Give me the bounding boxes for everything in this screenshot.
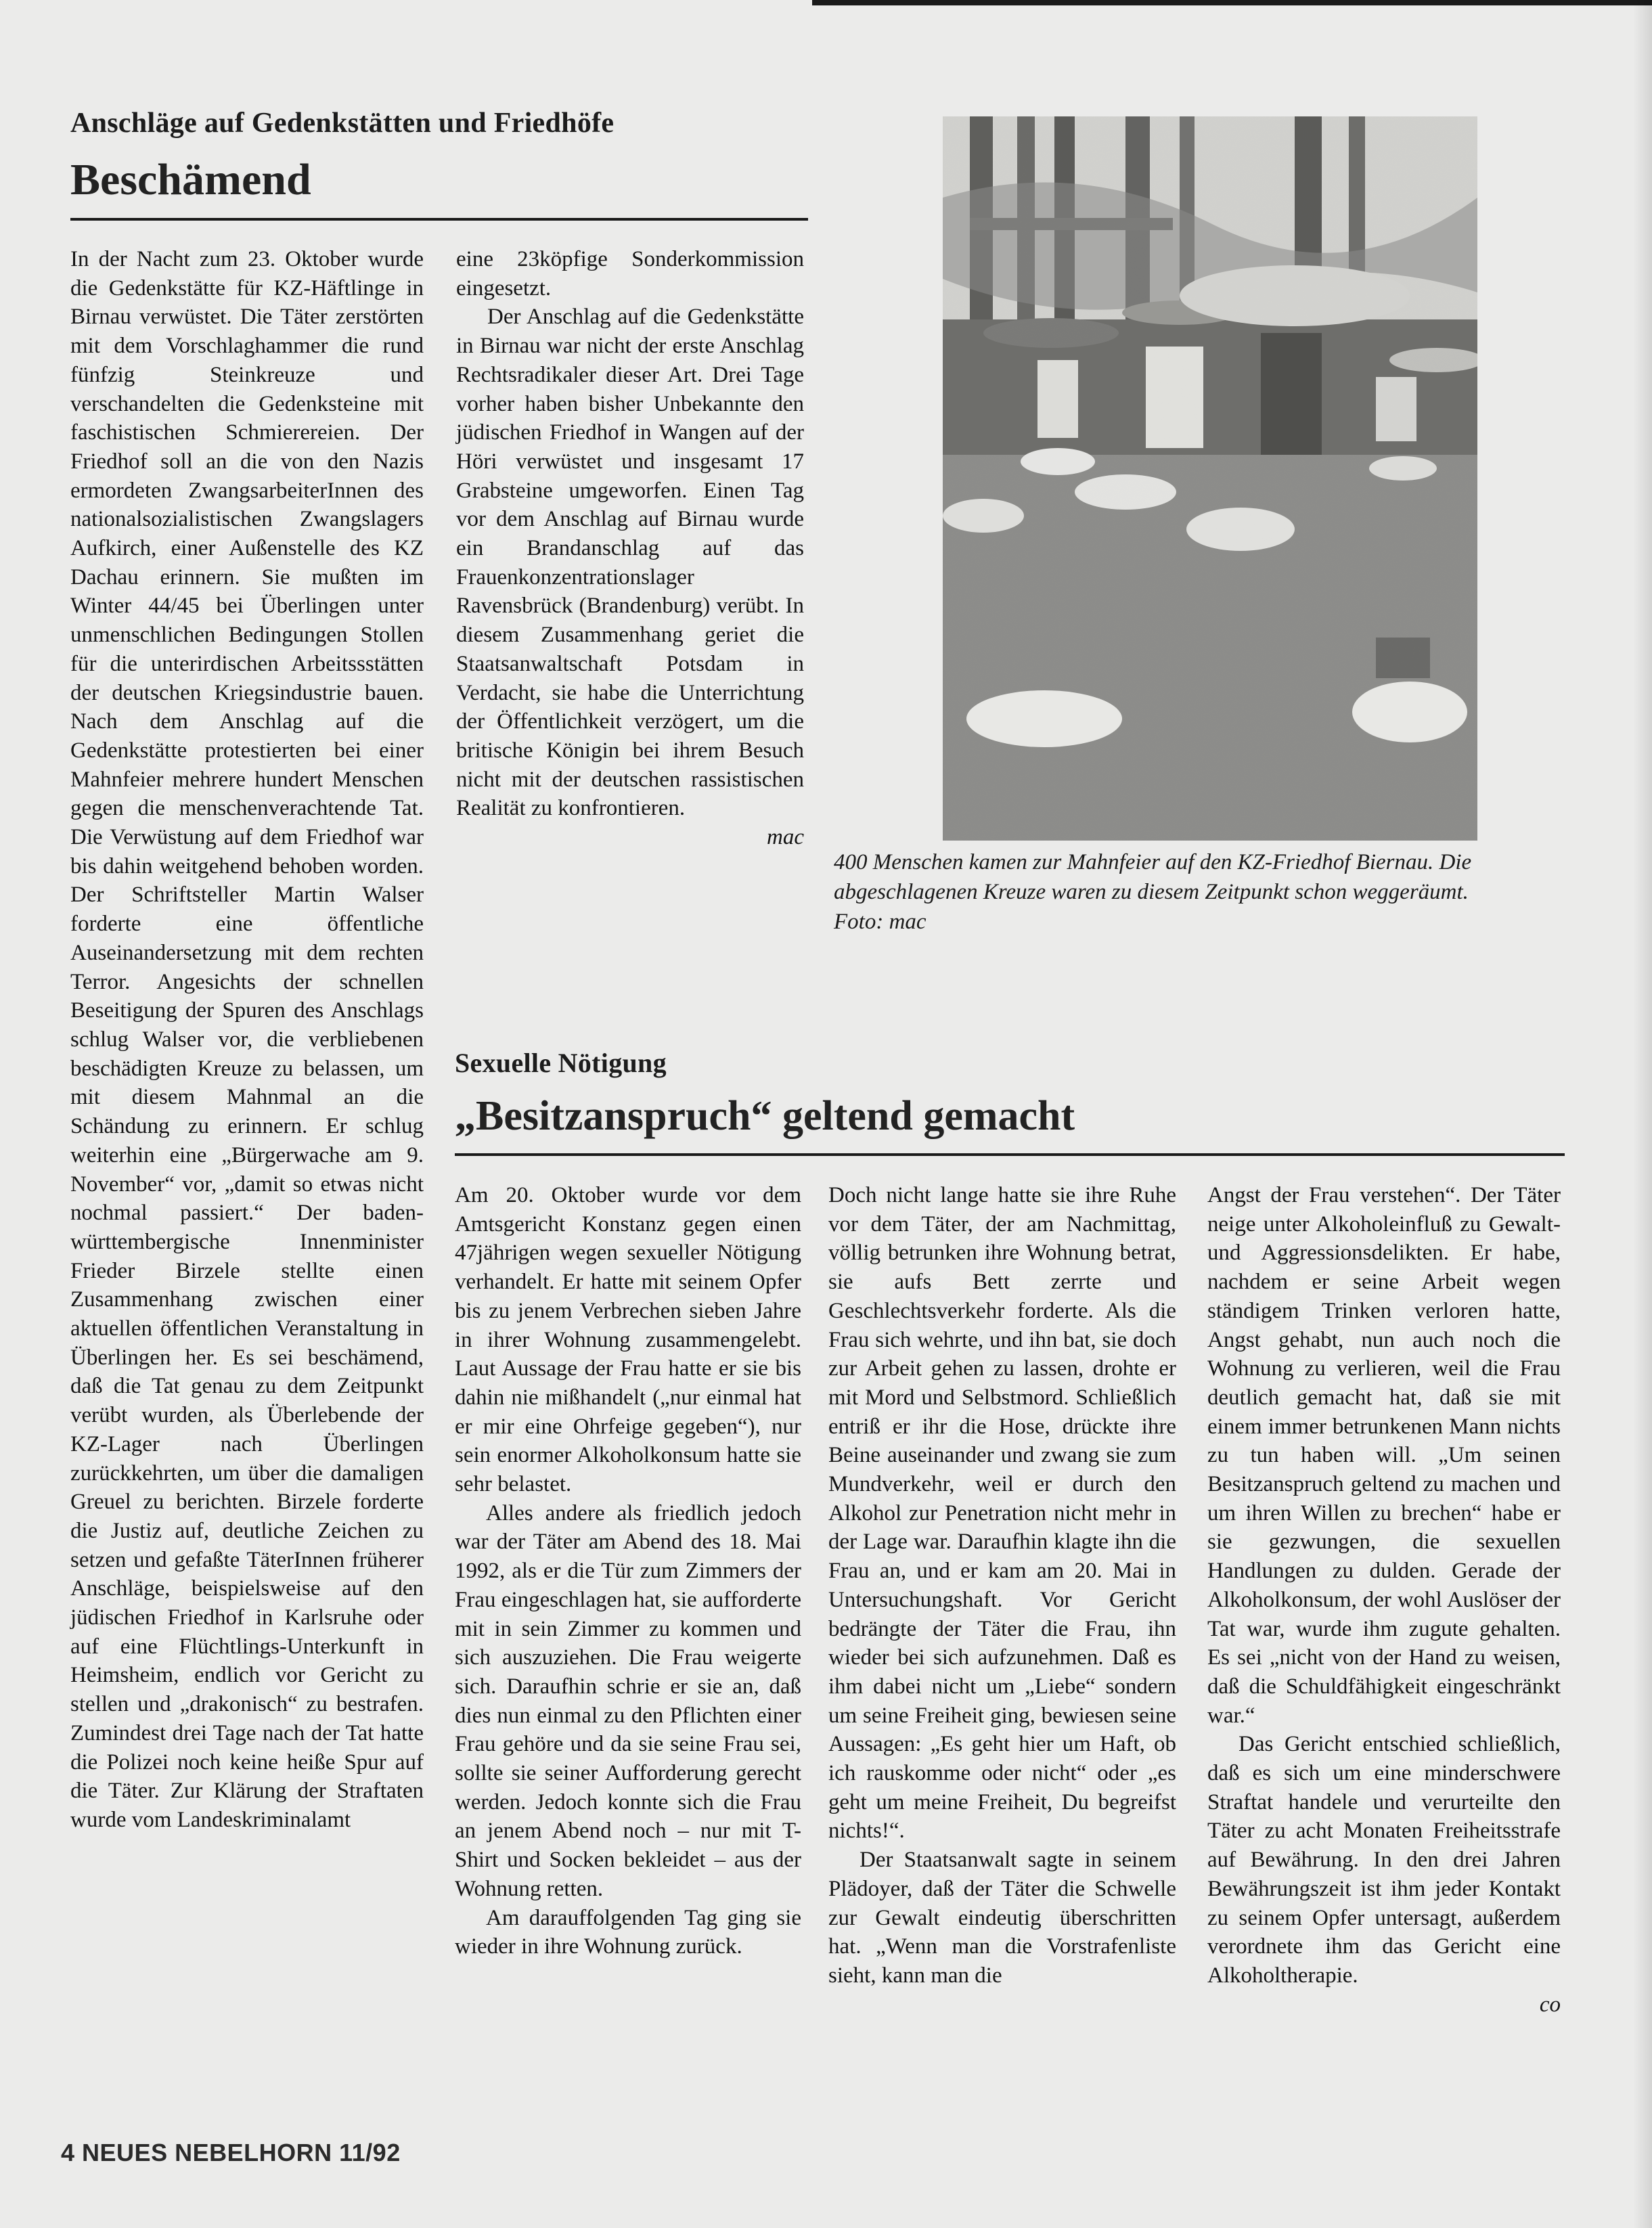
article2-col2-paragraph-1: Doch nicht lange hatte sie ihre Ruhe vor… xyxy=(828,1181,1176,1846)
page-number: 4 xyxy=(61,2139,75,2166)
article1-column-1: In der Nacht zum 23. Oktober wurde die G… xyxy=(70,245,424,1835)
page-footer: 4 NEUES NEBELHORN 11/92 xyxy=(61,2139,401,2167)
article2-headline-rule xyxy=(455,1153,1565,1156)
article2-col3-paragraph-2: Das Gericht entschied schließlich, daß e… xyxy=(1207,1730,1561,1990)
article1-col1-paragraph-1: In der Nacht zum 23. Oktober wurde die G… xyxy=(70,245,424,1835)
article1-headline: Beschämend xyxy=(70,154,311,206)
article2-col1-paragraph-1: Am 20. Oktober wurde vor dem Amtsgericht… xyxy=(455,1181,801,1499)
article2-column-3: Angst der Frau verstehen“. Der Täter nei… xyxy=(1207,1181,1561,2019)
photo-caption: 400 Menschen kamen zur Mahnfeier auf den… xyxy=(834,847,1568,937)
article2-kicker: Sexuelle Nötigung xyxy=(455,1047,667,1079)
article1-signature: mac xyxy=(456,823,804,852)
article1-column-2: eine 23köpfige Sonderkommission eingeset… xyxy=(456,245,804,852)
article1-kicker: Anschläge auf Gedenkstätten und Friedhöf… xyxy=(70,107,614,139)
memorial-photo xyxy=(943,116,1477,841)
photo-caption-text: 400 Menschen kamen zur Mahnfeier auf den… xyxy=(834,850,1471,904)
article2-signature: co xyxy=(1207,1990,1561,2020)
article1-col2-paragraph-1: eine 23köpfige Sonderkommission eingeset… xyxy=(456,245,804,303)
page-edge-shadow xyxy=(1633,0,1652,2228)
publication-name: NEUES NEBELHORN xyxy=(82,2139,332,2166)
article1-col2-paragraph-2: Der Anschlag auf die Gedenkstätte in Bir… xyxy=(456,303,804,823)
article2-column-1: Am 20. Oktober wurde vor dem Amtsgericht… xyxy=(455,1181,801,1961)
photo-credit: Foto: mac xyxy=(834,910,927,934)
article1-headline-rule xyxy=(70,218,808,221)
page-top-edge xyxy=(812,0,1652,5)
issue-number: 11/92 xyxy=(339,2139,401,2166)
article2-col3-paragraph-1: Angst der Frau verstehen“. Der Täter nei… xyxy=(1207,1181,1561,1730)
memorial-photo-image xyxy=(943,116,1477,841)
article2-headline: „Besitzanspruch“ geltend gemacht xyxy=(455,1092,1075,1140)
article2-column-2: Doch nicht lange hatte sie ihre Ruhe vor… xyxy=(828,1181,1176,1990)
article2-col1-paragraph-3: Am darauffolgenden Tag ging sie wieder i… xyxy=(455,1904,801,1961)
article2-col1-paragraph-2: Alles andere als friedlich jedoch war de… xyxy=(455,1499,801,1904)
article2-col2-paragraph-2: Der Staatsanwalt sagte in seinem Plädoye… xyxy=(828,1846,1176,1990)
